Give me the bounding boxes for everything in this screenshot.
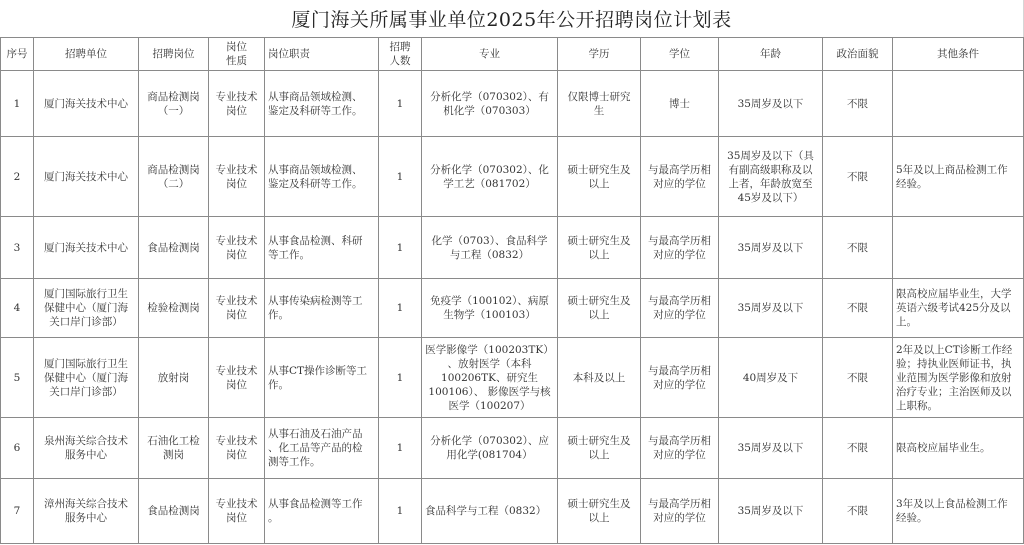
cell-major[interactable]: 分析化学（070302）、化 学工艺（081702） [422, 137, 558, 217]
cell-duty[interactable]: 从事石油及石油产品 、化工品等产品的检 测等工作。 [265, 418, 379, 479]
cell-age[interactable]: 40周岁及下 [719, 338, 823, 418]
cell-unit[interactable]: 泉州海关综合技术 服务中心 [34, 418, 139, 479]
table-row: 5 厦门国际旅行卫生 保健中心（厦门海 关口岸门诊部） 放射岗 专业技术 岗位 … [1, 338, 1024, 418]
cell-count[interactable]: 1 [379, 71, 422, 137]
cell-degree[interactable]: 与最高学历相 对应的学位 [641, 479, 719, 544]
header-nature: 岗位 性质 [209, 38, 265, 71]
cell-other[interactable]: 2年及以上CT诊断工作经 验；持执业医师证书，执 业范围为医学影像和放射 治疗专… [893, 338, 1024, 418]
header-count: 招聘 人数 [379, 38, 422, 71]
table-row: 1 厦门海关技术中心 商品检测岗 （一） 专业技术 岗位 从事商品领域检测、 鉴… [1, 71, 1024, 137]
cell-education[interactable]: 硕士研究生及 以上 [558, 418, 641, 479]
cell-unit[interactable]: 厦门海关技术中心 [34, 217, 139, 279]
cell-unit[interactable]: 厦门海关技术中心 [34, 71, 139, 137]
cell-degree[interactable]: 与最高学历相 对应的学位 [641, 338, 719, 418]
cell-position[interactable]: 商品检测岗 （二） [139, 137, 209, 217]
cell-major[interactable]: 医学影像学（100203TK） 、放射医学（本科 100206TK、研究生 10… [422, 338, 558, 418]
header-unit: 招聘单位 [34, 38, 139, 71]
cell-age[interactable]: 35周岁及以下 [719, 279, 823, 338]
cell-age[interactable]: 35周岁及以下 [719, 71, 823, 137]
cell-political[interactable]: 不限 [823, 479, 893, 544]
cell-position[interactable]: 检验检测岗 [139, 279, 209, 338]
cell-seq[interactable]: 1 [1, 71, 34, 137]
header-other: 其他条件 [893, 38, 1024, 71]
cell-degree[interactable]: 与最高学历相 对应的学位 [641, 418, 719, 479]
cell-nature[interactable]: 专业技术 岗位 [209, 217, 265, 279]
cell-degree[interactable]: 与最高学历相 对应的学位 [641, 217, 719, 279]
cell-major[interactable]: 免疫学（100102）、病原 生物学（100103） [422, 279, 558, 338]
cell-major[interactable]: 化学（0703）、食品科学 与工程（0832） [422, 217, 558, 279]
cell-unit[interactable]: 厦门国际旅行卫生 保健中心（厦门海 关口岸门诊部） [34, 338, 139, 418]
header-political: 政治面貌 [823, 38, 893, 71]
cell-age[interactable]: 35周岁及以下（具 有副高级职称及以 上者，年龄放宽至 45岁及以下） [719, 137, 823, 217]
recruitment-plan-table: 序号 招聘单位 招聘岗位 岗位 性质 岗位职责 招聘 人数 专业 学历 学位 年… [0, 37, 1024, 544]
cell-duty[interactable]: 从事商品领域检测、 鉴定及科研等工作。 [265, 137, 379, 217]
cell-other[interactable]: 3年及以上食品检测工作 经验。 [893, 479, 1024, 544]
cell-other[interactable]: 限高校应届毕业生。 [893, 418, 1024, 479]
cell-education[interactable]: 仅限博士研究 生 [558, 71, 641, 137]
cell-position[interactable]: 食品检测岗 [139, 217, 209, 279]
cell-nature[interactable]: 专业技术 岗位 [209, 279, 265, 338]
cell-unit[interactable]: 厦门海关技术中心 [34, 137, 139, 217]
cell-count[interactable]: 1 [379, 217, 422, 279]
cell-count[interactable]: 1 [379, 418, 422, 479]
header-degree: 学位 [641, 38, 719, 71]
cell-count[interactable]: 1 [379, 338, 422, 418]
cell-education[interactable]: 硕士研究生及 以上 [558, 279, 641, 338]
cell-political[interactable]: 不限 [823, 71, 893, 137]
table-row: 2 厦门海关技术中心 商品检测岗 （二） 专业技术 岗位 从事商品领域检测、 鉴… [1, 137, 1024, 217]
cell-political[interactable]: 不限 [823, 217, 893, 279]
cell-duty[interactable]: 从事CT操作诊断等工 作。 [265, 338, 379, 418]
cell-duty[interactable]: 从事商品领域检测、 鉴定及科研等工作。 [265, 71, 379, 137]
table-row: 6 泉州海关综合技术 服务中心 石油化工检 测岗 专业技术 岗位 从事石油及石油… [1, 418, 1024, 479]
header-duty: 岗位职责 [265, 38, 379, 71]
cell-other[interactable]: 限高校应届毕业生，大学 英语六级考试425分及以 上。 [893, 279, 1024, 338]
cell-seq[interactable]: 6 [1, 418, 34, 479]
page-title: 厦门海关所属事业单位2025年公开招聘岗位计划表 [0, 0, 1024, 37]
cell-seq[interactable]: 5 [1, 338, 34, 418]
cell-political[interactable]: 不限 [823, 137, 893, 217]
header-education: 学历 [558, 38, 641, 71]
table-row: 3 厦门海关技术中心 食品检测岗 专业技术 岗位 从事食品检测、科研 等工作。 … [1, 217, 1024, 279]
cell-nature[interactable]: 专业技术 岗位 [209, 71, 265, 137]
cell-major[interactable]: 分析化学（070302）、应 用化学(081704） [422, 418, 558, 479]
header-age: 年龄 [719, 38, 823, 71]
table-row: 4 厦门国际旅行卫生 保健中心（厦门海 关口岸门诊部） 检验检测岗 专业技术 岗… [1, 279, 1024, 338]
cell-seq[interactable]: 4 [1, 279, 34, 338]
spreadsheet-page: 厦门海关所属事业单位2025年公开招聘岗位计划表 序号 招聘单位 招聘岗位 岗位… [0, 0, 1024, 545]
cell-position[interactable]: 放射岗 [139, 338, 209, 418]
cell-nature[interactable]: 专业技术 岗位 [209, 479, 265, 544]
cell-political[interactable]: 不限 [823, 279, 893, 338]
cell-seq[interactable]: 2 [1, 137, 34, 217]
cell-education[interactable]: 硕士研究生及 以上 [558, 479, 641, 544]
cell-other[interactable] [893, 71, 1024, 137]
cell-age[interactable]: 35周岁及以下 [719, 479, 823, 544]
cell-duty[interactable]: 从事食品检测、科研 等工作。 [265, 217, 379, 279]
cell-age[interactable]: 35周岁及以下 [719, 217, 823, 279]
cell-unit[interactable]: 厦门国际旅行卫生 保健中心（厦门海 关口岸门诊部） [34, 279, 139, 338]
cell-degree[interactable]: 与最高学历相 对应的学位 [641, 137, 719, 217]
cell-education[interactable]: 硕士研究生及 以上 [558, 137, 641, 217]
header-major: 专业 [422, 38, 558, 71]
cell-political[interactable]: 不限 [823, 338, 893, 418]
cell-degree[interactable]: 博士 [641, 71, 719, 137]
cell-unit[interactable]: 漳州海关综合技术 服务中心 [34, 479, 139, 544]
cell-political[interactable]: 不限 [823, 418, 893, 479]
cell-degree[interactable]: 与最高学历相 对应的学位 [641, 279, 719, 338]
header-row: 序号 招聘单位 招聘岗位 岗位 性质 岗位职责 招聘 人数 专业 学历 学位 年… [1, 38, 1024, 71]
cell-nature[interactable]: 专业技术 岗位 [209, 418, 265, 479]
cell-duty[interactable]: 从事食品检测等工作 。 [265, 479, 379, 544]
cell-seq[interactable]: 7 [1, 479, 34, 544]
cell-major[interactable]: 食品科学与工程（0832） [422, 479, 558, 544]
cell-count[interactable]: 1 [379, 137, 422, 217]
cell-count[interactable]: 1 [379, 479, 422, 544]
cell-education[interactable]: 本科及以上 [558, 338, 641, 418]
cell-major[interactable]: 分析化学（070302）、有 机化学（070303） [422, 71, 558, 137]
cell-nature[interactable]: 专业技术 岗位 [209, 338, 265, 418]
cell-position[interactable]: 食品检测岗 [139, 479, 209, 544]
cell-position[interactable]: 商品检测岗 （一） [139, 71, 209, 137]
cell-position[interactable]: 石油化工检 测岗 [139, 418, 209, 479]
cell-duty[interactable]: 从事传染病检测等工 作。 [265, 279, 379, 338]
cell-seq[interactable]: 3 [1, 217, 34, 279]
header-position: 招聘岗位 [139, 38, 209, 71]
table-row: 7 漳州海关综合技术 服务中心 食品检测岗 专业技术 岗位 从事食品检测等工作 … [1, 479, 1024, 544]
cell-age[interactable]: 35周岁及以下 [719, 418, 823, 479]
cell-nature[interactable]: 专业技术 岗位 [209, 137, 265, 217]
cell-education[interactable]: 硕士研究生及 以上 [558, 217, 641, 279]
cell-other[interactable]: 5年及以上商品检测工作 经验。 [893, 137, 1024, 217]
cell-count[interactable]: 1 [379, 279, 422, 338]
cell-other[interactable] [893, 217, 1024, 279]
header-seq: 序号 [1, 38, 34, 71]
